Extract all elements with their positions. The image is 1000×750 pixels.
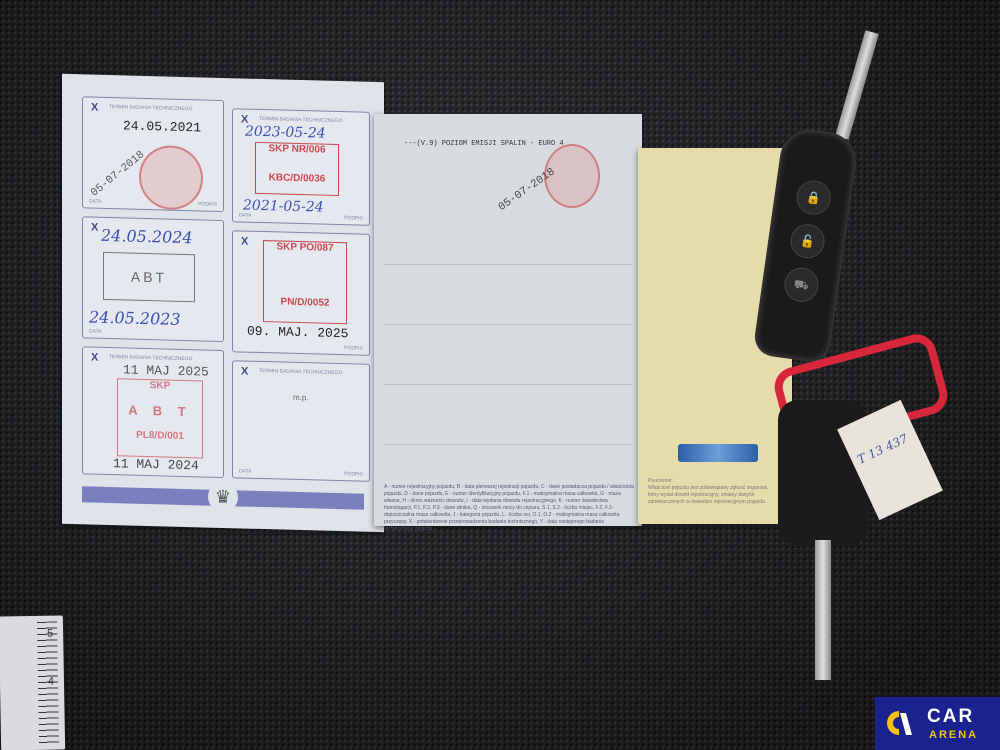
inspection-cell-5: X TERMIN BADANIA TECHNICZNEGO 11 MAJ 202… — [82, 346, 224, 478]
inspection-date: 24.05.2021 — [123, 118, 201, 135]
inspection-cell-3: X 24.05.2024 ABT 24.05.2023 DATA — [82, 216, 224, 342]
unlock-button-icon: 🔓 — [788, 222, 826, 260]
notes-page: ---(V.9) POZIOM EMISJI SPALIN - EURO 4 0… — [374, 114, 642, 526]
registration-certificate: X TERMIN BADANIA TECHNICZNEGO 24.05.2021… — [62, 78, 790, 528]
station-stamp: ABT — [103, 252, 195, 302]
station-stamp: SKP A B T PL8/D/001 — [117, 378, 203, 458]
inspection-cell-1: X TERMIN BADANIA TECHNICZNEGO 24.05.2021… — [82, 96, 224, 212]
field-legend: A - numer rejestracyjny pojazdu, B - dat… — [384, 484, 634, 533]
car-arena-logo-icon — [886, 709, 912, 737]
station-stamp: SKP NR/006 KBC/D/0036 — [255, 142, 339, 196]
trunk-button-icon: ⛟ — [782, 266, 820, 304]
second-key-blade — [815, 540, 831, 680]
lock-button-icon: 🔒 — [794, 178, 832, 216]
inspection-cell-2: X TERMIN BADANIA TECHNICZNEGO 2023-05-24… — [232, 108, 370, 226]
station-stamp: SKP PO/087 PN/D/0052 — [263, 240, 347, 324]
hologram — [678, 444, 758, 462]
pouczenie-note: Pouczenie: Właściciel pojazdu jest zobow… — [648, 478, 778, 506]
official-seal — [139, 145, 203, 211]
car-arena-watermark: CAR ARENA — [875, 697, 1000, 750]
emission-annotation: ---(V.9) POZIOM EMISJI SPALIN - EURO 4 — [404, 140, 564, 148]
inspection-cell-6: X TERMIN BADANIA TECHNICZNEGO m.p. DATA … — [232, 360, 370, 482]
inspection-stamps-page: X TERMIN BADANIA TECHNICZNEGO 24.05.2021… — [62, 74, 384, 532]
measuring-ruler: 5 4 — [0, 615, 65, 750]
inspection-cell-4: X SKP PO/087 PN/D/0052 09. MAJ. 2025 POD… — [232, 230, 370, 356]
polish-eagle-emblem: ♛ — [208, 482, 238, 513]
